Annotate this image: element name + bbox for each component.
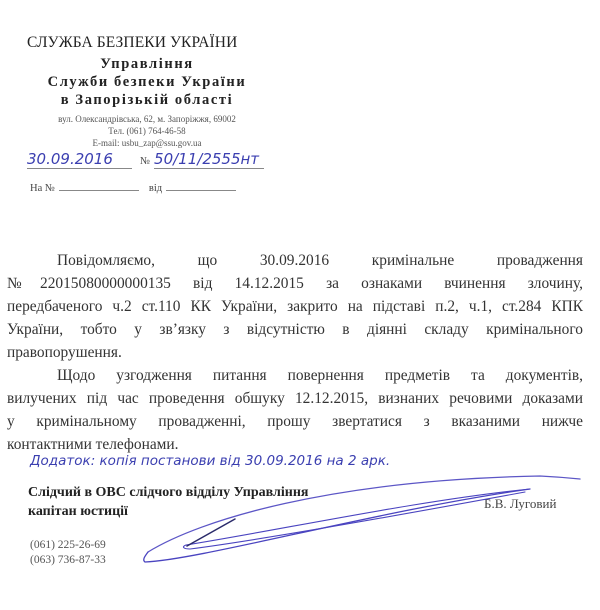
handwritten-signature xyxy=(0,0,600,610)
